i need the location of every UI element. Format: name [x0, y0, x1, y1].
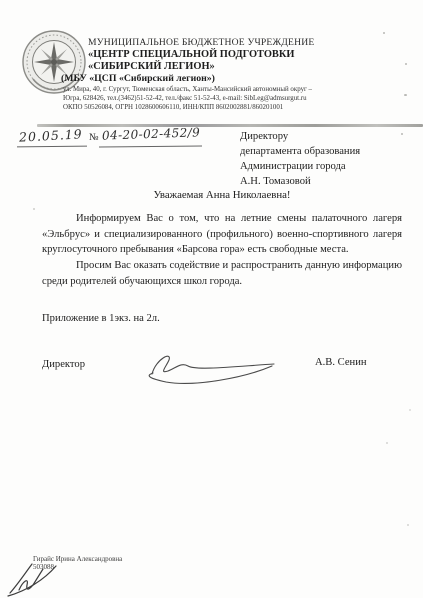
signer-position: Директор — [42, 359, 85, 370]
addressee-block: Директору департамента образования Админ… — [240, 129, 360, 189]
addressee-line: А.Н. Томазовой — [240, 174, 360, 189]
letterhead-divider — [37, 124, 423, 127]
scan-noise — [407, 524, 409, 526]
paragraph: Просим Вас оказать содействие и распрост… — [42, 258, 402, 289]
registration-codes-line: ОКПО 50526084, ОГРН 1028600606110, ИНН/К… — [63, 104, 283, 111]
organization-type: МУНИЦИПАЛЬНОЕ БЮДЖЕТНОЕ УЧРЕЖДЕНИЕ — [88, 37, 314, 48]
organization-name-line2: «СИБИРСКИЙ ЛЕГИОН» — [88, 61, 215, 72]
signer-name: А.В. Сенин — [315, 357, 367, 368]
scan-noise — [404, 94, 407, 96]
scan-noise — [409, 409, 411, 411]
addressee-line: департамента образования — [240, 144, 360, 159]
letter-body: Информируем Вас о том, что на летние сме… — [42, 211, 402, 290]
scan-noise — [401, 133, 403, 135]
scan-noise — [386, 442, 388, 444]
addressee-line: Администрации города — [240, 159, 360, 174]
organization-name-line1: «ЦЕНТР СПЕЦИАЛЬНОЙ ПОДГОТОВКИ — [88, 49, 294, 60]
handwritten-date: 20.05.19 — [19, 126, 83, 144]
address-line: ул. Мира, 40, г. Сургут, Тюменская облас… — [63, 86, 312, 93]
addressee-line: Директору — [240, 129, 360, 144]
scan-noise — [383, 32, 385, 34]
organization-short-name: (МБУ «ЦСП «Сибирский легион») — [61, 73, 215, 84]
number-underline — [99, 145, 202, 147]
date-underline — [17, 146, 87, 148]
salutation: Уважаемая Анна Николаевна! — [42, 189, 402, 201]
scanned-letter-page: МУНИЦИПАЛЬНОЕ БЮДЖЕТНОЕ УЧРЕЖДЕНИЕ «ЦЕНТ… — [0, 0, 423, 598]
executor-initials-icon — [6, 560, 72, 598]
paragraph: Информируем Вас о том, что на летние сме… — [42, 211, 402, 258]
director-signature-icon — [122, 347, 282, 389]
scan-noise — [33, 208, 35, 210]
attachment-note: Приложение в 1экз. на 2л. — [42, 313, 160, 324]
scan-noise — [405, 63, 407, 65]
contacts-line: Югра, 628426, тел.(3462)51-52-42, тел./ф… — [63, 95, 307, 102]
number-sign: № — [89, 132, 99, 143]
handwritten-outgoing-number: 04-20-02-452/9 — [102, 125, 201, 142]
